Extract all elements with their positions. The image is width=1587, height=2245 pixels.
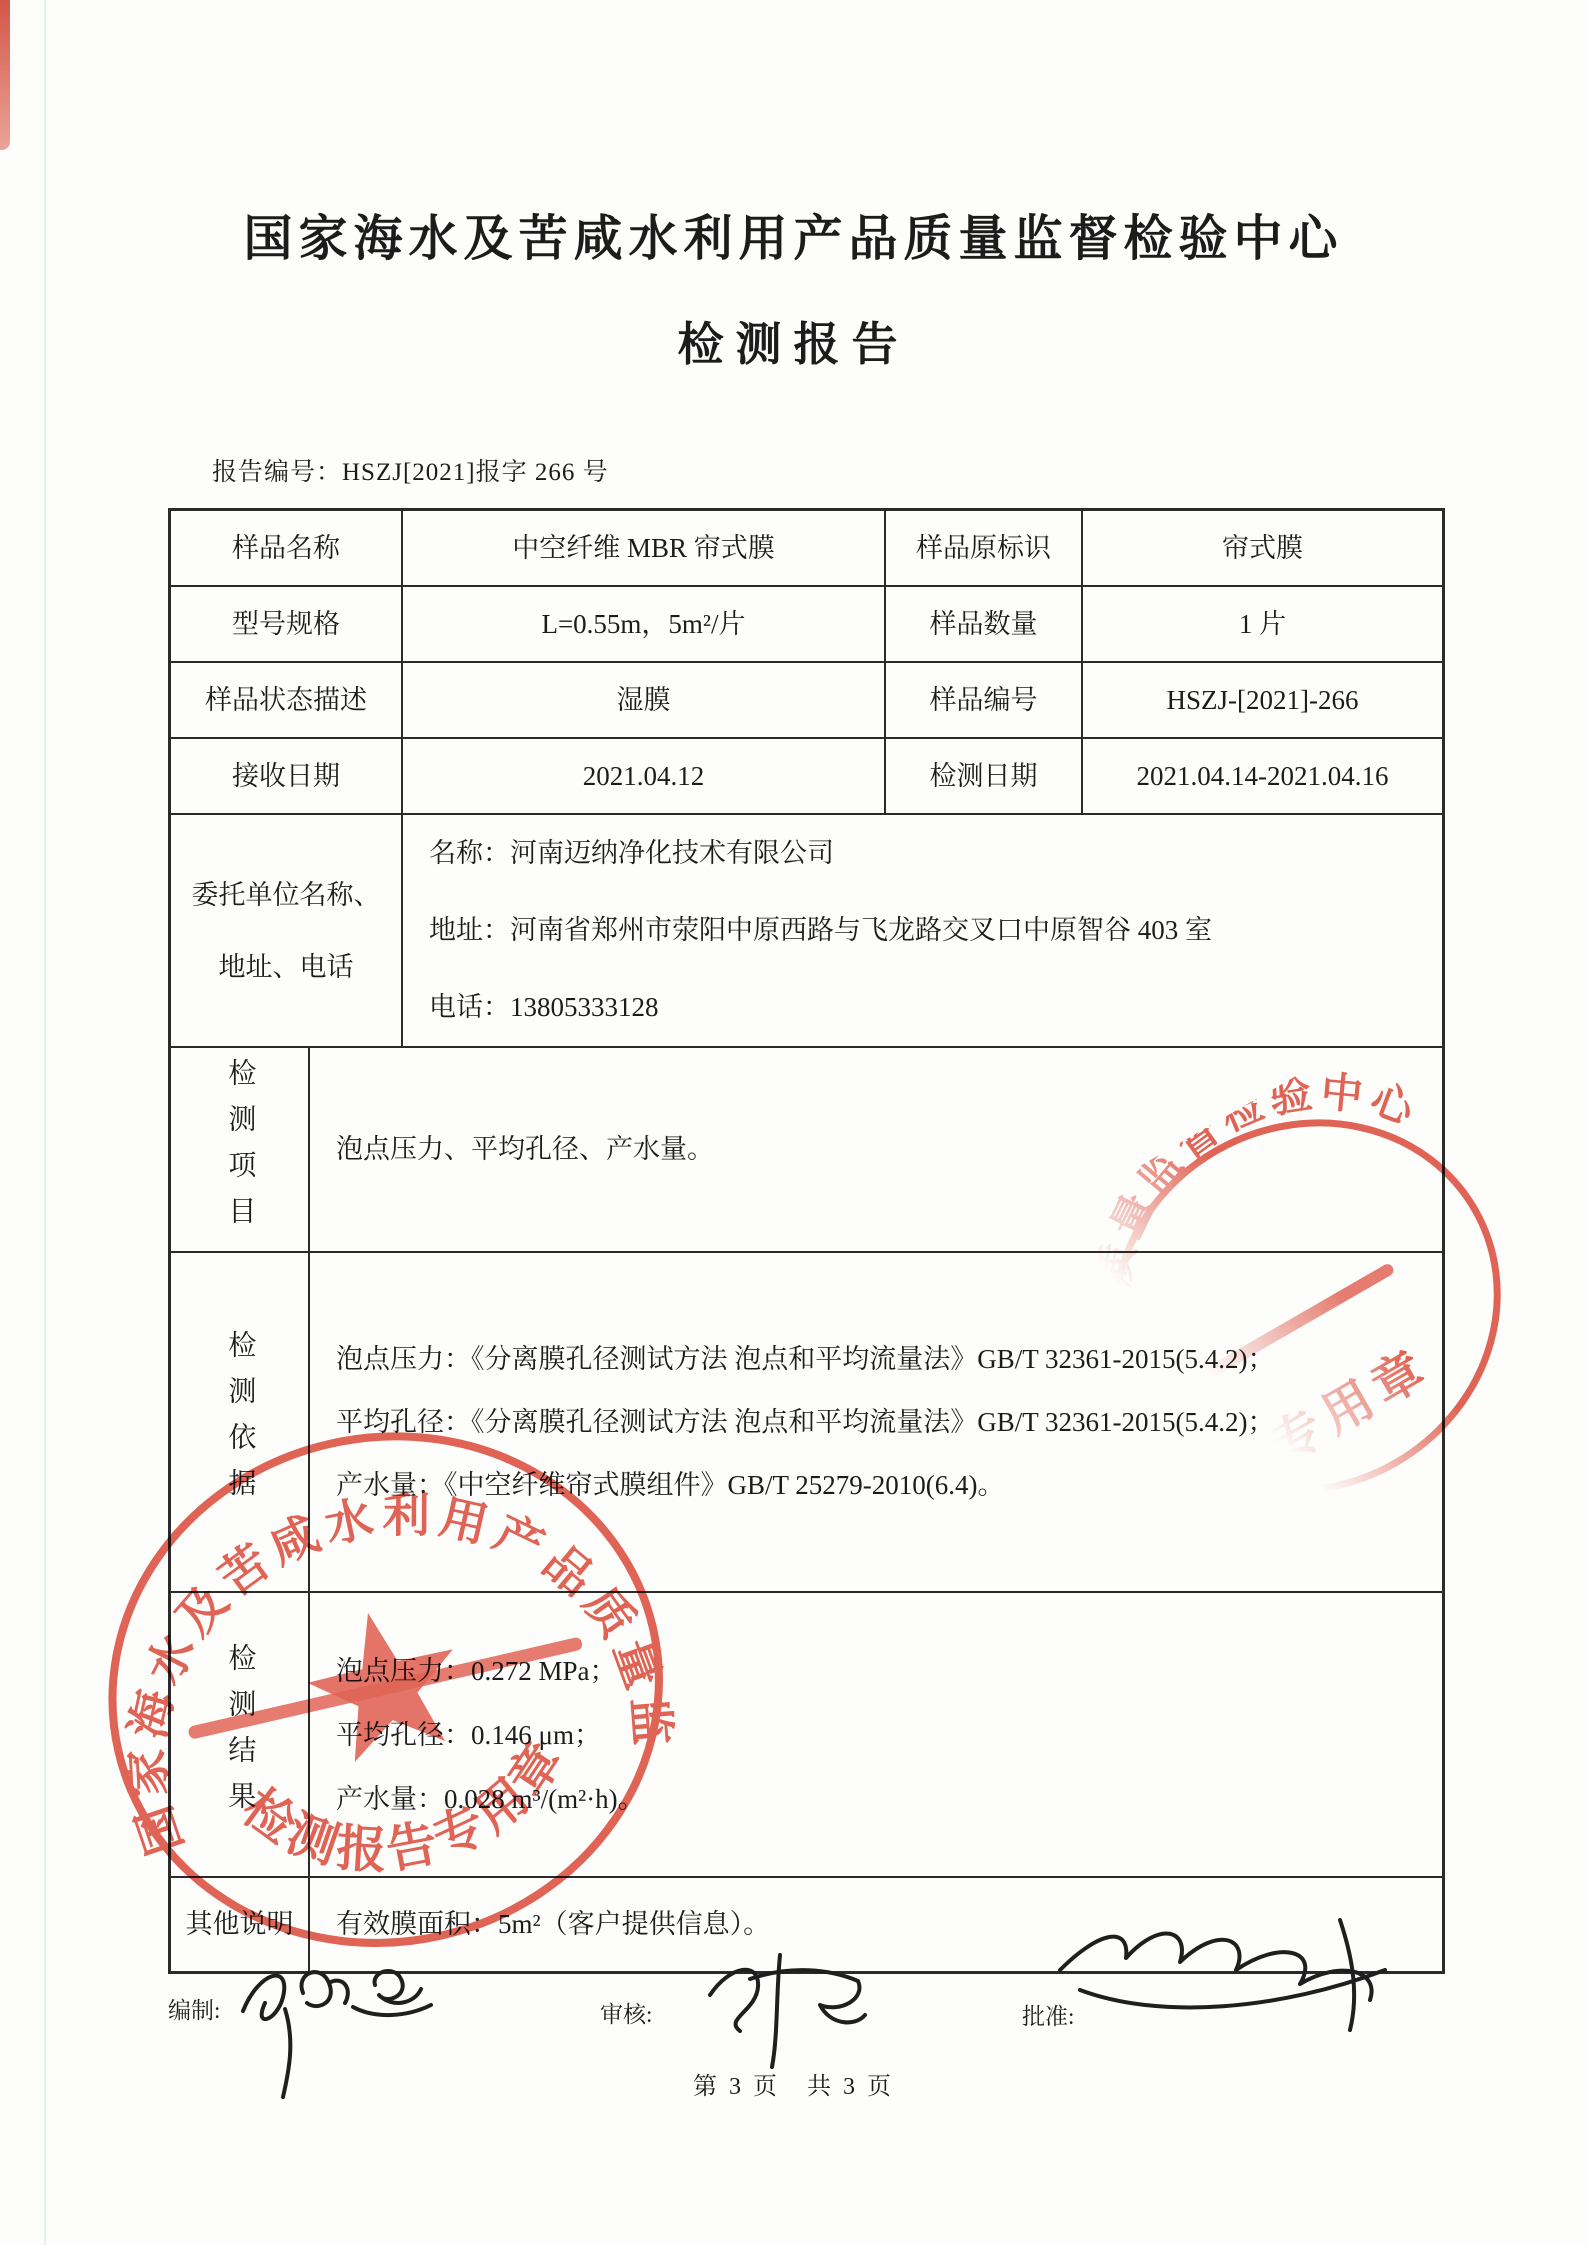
sample-qty-value: 1 片 (1083, 587, 1442, 663)
sample-no-value: HSZJ-[2021]-266 (1083, 663, 1442, 739)
sample-name-value: 中空纤维 MBR 帘式膜 (403, 511, 886, 587)
sample-state-label: 样品状态描述 (171, 663, 403, 739)
stamp-bottom-text: 检测报告专用章 (224, 1710, 592, 1914)
reviewed-by-signature (680, 1935, 910, 2070)
sample-state-value: 湿膜 (403, 663, 886, 739)
client-name: 名称：河南迈纳净化技术有限公司 (429, 815, 834, 892)
svg-text:检测报告专用章: 检测报告专用章 (224, 1710, 592, 1914)
client-label: 委托单位名称、 地址、电话 (171, 815, 403, 1048)
page-title: 国家海水及苦咸水利用产品质量监督检验中心 (0, 200, 1587, 270)
client-info: 名称：河南迈纳净化技术有限公司 地址：河南省郑州市荥阳中原西路与飞龙路交叉口中原… (403, 815, 1442, 1048)
test-items-label: 检测项目 (171, 1048, 310, 1253)
report-page: 国家海水及苦咸水利用产品质量监督检验中心 检测报告 报告编号：HSZJ[2021… (0, 0, 1587, 2245)
prepared-by-label: 编制: (168, 1992, 220, 2025)
client-address: 地址：河南省郑州市荥阳中原西路与飞龙路交叉口中原智谷 403 室 (429, 892, 1212, 969)
reviewed-by-label: 审核: (600, 1996, 652, 2029)
original-mark-label: 样品原标识 (886, 511, 1083, 587)
sample-name-label: 样品名称 (171, 511, 403, 587)
page-subtitle: 检测报告 (0, 308, 1587, 374)
scan-red-edge-mark (0, 0, 10, 150)
page-number: 第 3 页 共 3 页 (0, 2066, 1587, 2101)
test-date-value: 2021.04.14-2021.04.16 (1083, 739, 1442, 815)
report-number: 报告编号：HSZJ[2021]报字 266 号 (212, 452, 609, 488)
sample-qty-label: 样品数量 (886, 587, 1083, 663)
receive-date-value: 2021.04.12 (403, 739, 886, 815)
original-mark-value: 帘式膜 (1083, 511, 1442, 587)
receive-date-label: 接收日期 (171, 739, 403, 815)
model-spec-label: 型号规格 (171, 587, 403, 663)
test-date-label: 检测日期 (886, 739, 1083, 815)
client-phone: 电话：13805333128 (429, 969, 659, 1046)
model-spec-value: L=0.55m，5m²/片 (403, 587, 886, 663)
approved-by-signature (1040, 1900, 1420, 2060)
stamp-star-icon (295, 1596, 472, 1768)
sample-no-label: 样品编号 (886, 663, 1083, 739)
